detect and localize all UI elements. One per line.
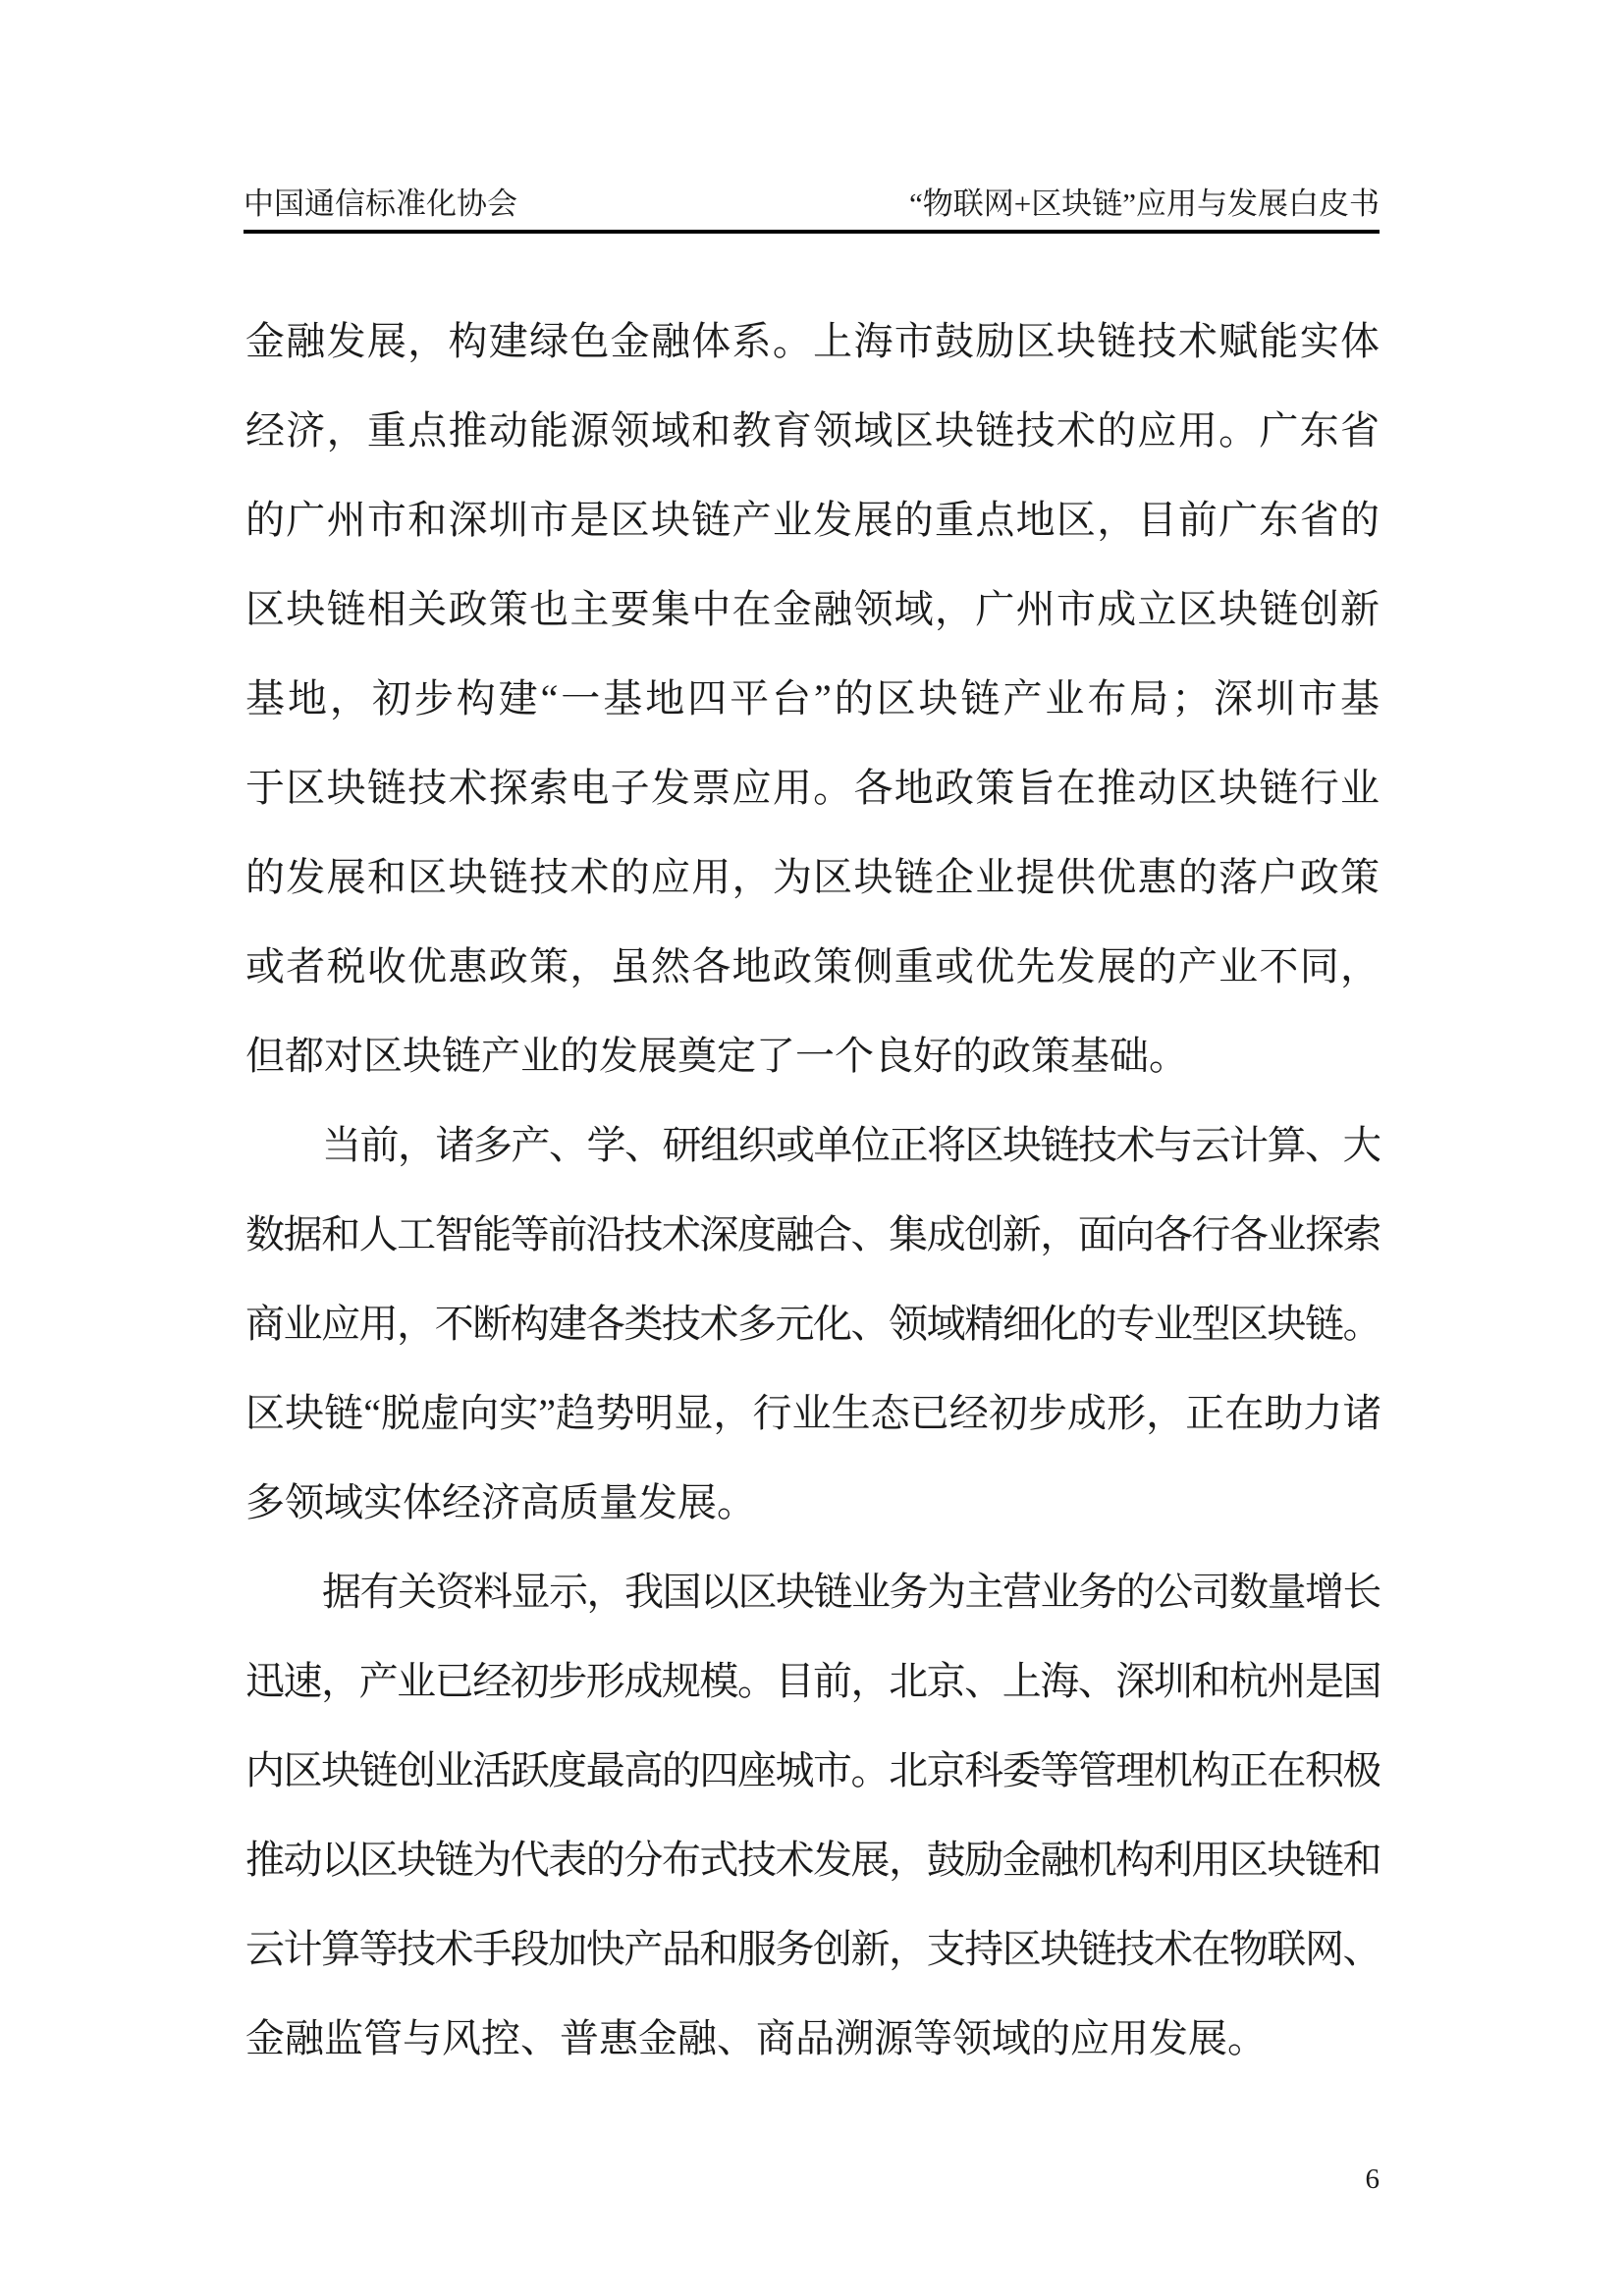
text-line: 区块链相关政策也主要集中在金融领域，广州市成立区块链创新 [245,564,1380,654]
text-line: 于区块链技术探索电子发票应用。各地政策旨在推动区块链行业 [245,743,1380,832]
header-right-title: “物联网+区块链”应用与发展白皮书 [909,185,1380,224]
text-line: 经济，重点推动能源领域和教育领域区块链技术的应用。广东省 [245,386,1380,475]
text-line: 区块链“脱虚向实”趋势明显，行业生态已经初步成形，正在助力诸 [245,1368,1380,1458]
text-line: 迅速，产业已经初步形成规模。目前，北京、上海、深圳和杭州是国 [245,1636,1380,1726]
text-line: 的广州市和深圳市是区块链产业发展的重点地区，目前广东省的 [245,475,1380,564]
text-line: 云计算等技术手段加快产品和服务创新，支持区块链技术在物联网、 [245,1904,1380,1994]
text-line: 数据和人工智能等前沿技术深度融合、集成创新，面向各行各业探索 [245,1190,1380,1279]
text-line: 推动以区块链为代表的分布式技术发展，鼓励金融机构利用区块链和 [245,1815,1380,1904]
text-line: 金融监管与风控、普惠金融、商品溯源等领域的应用发展。 [245,1994,1380,2083]
text-line: 基地，初步构建“一基地四平台”的区块链产业布局；深圳市基 [245,654,1380,743]
text-line: 金融发展，构建绿色金融体系。上海市鼓励区块链技术赋能实体 [245,296,1380,386]
document-body: 金融发展，构建绿色金融体系。上海市鼓励区块链技术赋能实体 经济，重点推动能源领域… [245,296,1380,2083]
text-line: 的发展和区块链技术的应用，为区块链企业提供优惠的落户政策 [245,832,1380,922]
text-line: 多领域实体经济高质量发展。 [245,1458,1380,1547]
page-header: 中国通信标准化协会 “物联网+区块链”应用与发展白皮书 [244,185,1380,234]
text-line: 但都对区块链产业的发展奠定了一个良好的政策基础。 [245,1011,1380,1100]
header-left-title: 中国通信标准化协会 [244,185,517,224]
document-page: 中国通信标准化协会 “物联网+区块链”应用与发展白皮书 金融发展，构建绿色金融体… [0,0,1624,2296]
page-number: 6 [1366,2163,1380,2195]
text-line: 当前，诸多产、学、研组织或单位正将区块链技术与云计算、大 [245,1100,1380,1190]
text-line: 据有关资料显示，我国以区块链业务为主营业务的公司数量增长 [245,1547,1380,1636]
text-line: 商业应用，不断构建各类技术多元化、领域精细化的专业型区块链。 [245,1279,1380,1368]
text-line: 内区块链创业活跃度最高的四座城市。北京科委等管理机构正在积极 [245,1726,1380,1815]
text-line: 或者税收优惠政策，虽然各地政策侧重或优先发展的产业不同， [245,922,1380,1011]
page-footer: 6 [245,2160,1380,2199]
